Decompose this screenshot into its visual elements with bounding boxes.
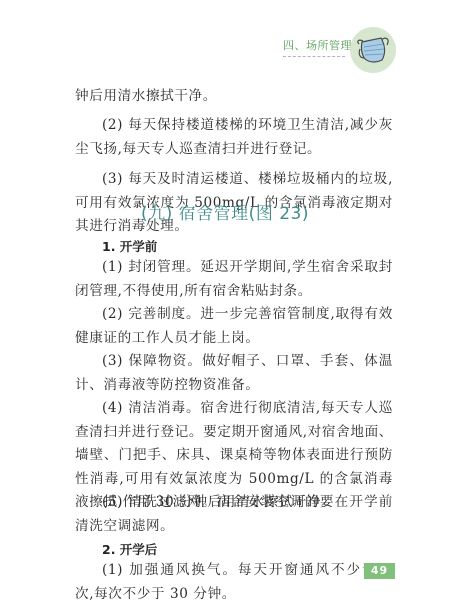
subsection-heading: 1. 开学前 — [102, 237, 157, 255]
paragraph: (3) 保障物资。做好帽子、口罩、手套、体温计、消毒液等防控物资准备。 — [75, 350, 393, 397]
header-divider — [283, 56, 345, 57]
paragraph: (5) 清洗过滤网。宿舍安装空调的要在开学前清洗空调滤网。 — [75, 491, 393, 538]
paragraph: (2) 完善制度。进一步完善宿管制度,取得有效健康证的工作人员才能上岗。 — [75, 303, 393, 350]
paragraph: 钟后用清水擦拭干净。 — [75, 85, 393, 109]
paragraph: (1) 加强通风换气。每天开窗通风不少于 3 次,每次不少于 30 分钟。 — [75, 559, 393, 600]
subsection-heading: 2. 开学后 — [102, 540, 157, 558]
paragraph: (2) 每天保持楼道楼梯的环境卫生清洁,减少灰尘飞扬,每天专人巡查清扫并进行登记… — [75, 114, 393, 161]
face-mask-icon — [350, 27, 396, 73]
page-number: 49 — [364, 563, 395, 579]
paragraph: (1) 封闭管理。延迟开学期间,学生宿舍采取封闭管理,不得使用,所有宿舍粘贴封条… — [75, 256, 393, 303]
section-title: (九) 宿舍管理(图 23) — [0, 199, 450, 224]
chapter-tag: 四、场所管理 — [283, 37, 352, 53]
